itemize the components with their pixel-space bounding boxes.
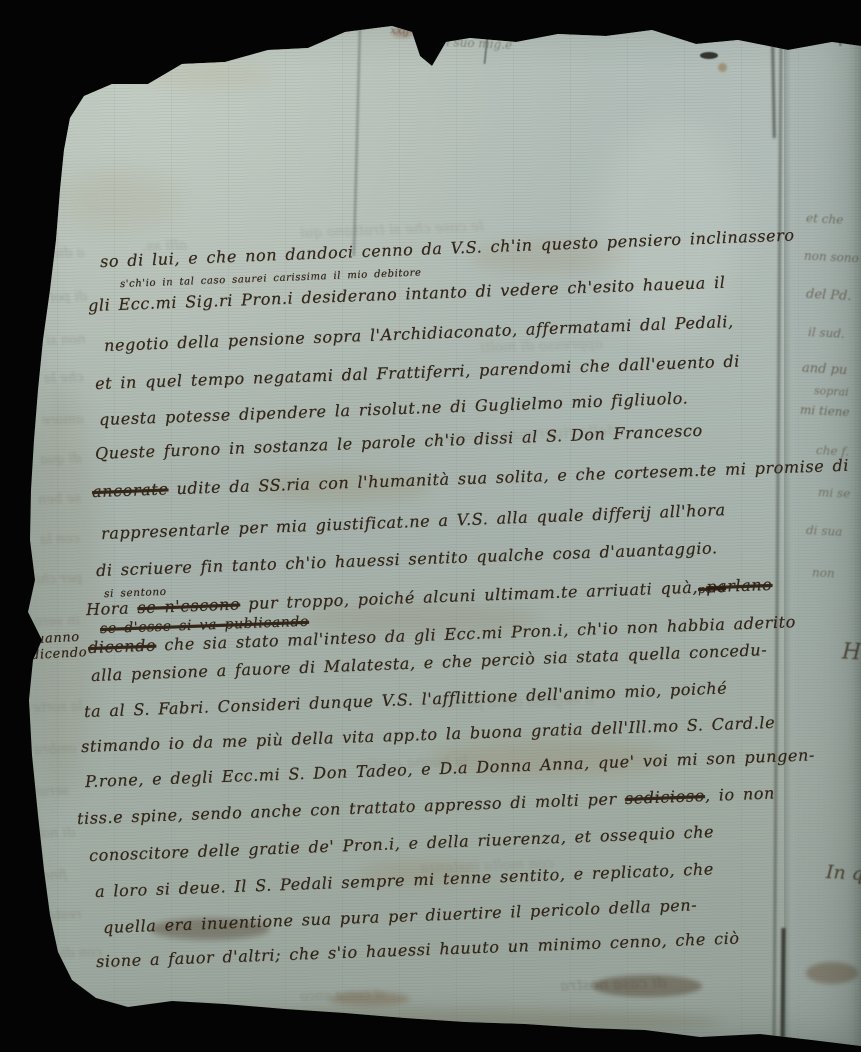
- showthrough-ghost-line: di noi: [38, 825, 75, 841]
- showthrough-ghost-line: in vero: [34, 613, 80, 630]
- faint-text-fragment: xxij: [390, 24, 410, 38]
- faint-text-fragment: di sua: [806, 523, 843, 539]
- struck-text: sedicioso: [625, 786, 706, 808]
- manuscript-line: uanno: [36, 630, 80, 647]
- showthrough-ghost-line: si come anco: [300, 987, 386, 1005]
- faint-text-fragment: del Pd.: [806, 287, 852, 304]
- scan-stage: le cose che si trattano quialli ss.a dio…: [0, 0, 861, 1052]
- text-run: uanno: [36, 630, 80, 647]
- struck-text: dicendo: [88, 636, 157, 657]
- showthrough-ghost-line: con la: [40, 531, 80, 547]
- struck-text: però: [698, 582, 726, 596]
- manuscript-line: però: [698, 582, 726, 596]
- faint-text-fragment: non: [812, 565, 835, 580]
- struck-text: se n'escono: [137, 594, 240, 617]
- showthrough-ghost-line: a dio: [52, 245, 85, 261]
- faint-text-fragment: non sono: [804, 249, 860, 266]
- showthrough-ghost-line: resta: [48, 907, 82, 923]
- manuscript-page: le cose che si trattano quialli ss.a dio…: [0, 0, 861, 1052]
- faint-text-fragment: and pu: [802, 361, 848, 378]
- showthrough-ghost-line: per chi: [36, 571, 83, 588]
- showthrough-ghost-line: fine: [42, 868, 67, 884]
- faint-text-fragment: mi tiene: [800, 403, 850, 420]
- showthrough-ghost-line: se ben: [38, 491, 81, 507]
- manuscript-line: dicendo: [31, 645, 88, 663]
- faint-text-fragment: soprai: [814, 384, 849, 399]
- faint-text-fragment: H: [841, 640, 861, 666]
- text-run: , io non: [704, 783, 775, 805]
- showthrough-ghost-line: non si: [46, 332, 86, 348]
- showthrough-ghost-line: di qua: [40, 451, 82, 467]
- text-run: dicendo: [31, 645, 88, 663]
- faint-text-fragment: In q: [825, 861, 861, 885]
- showthrough-ghost-line: amore: [42, 412, 84, 428]
- faint-text-fragment: et che: [806, 211, 844, 227]
- showthrough-ghost-line: la sorte: [33, 699, 83, 716]
- faint-text-fragment: il sud.: [808, 325, 846, 341]
- showthrough-ghost-line: serui: [36, 783, 70, 799]
- fold-crease: [837, 6, 842, 46]
- text-run: Hora: [86, 598, 138, 619]
- showthrough-ghost-line: che la: [44, 370, 84, 386]
- struck-text: ancorate: [92, 479, 169, 501]
- showthrough-ghost-line: ombra: [34, 741, 77, 757]
- faint-text-fragment: mi se: [818, 485, 851, 501]
- showthrough-ghost-line: di casa nostra: [560, 973, 667, 995]
- showthrough-ghost-line: di poi: [50, 289, 87, 305]
- faint-text-fragment: con suo mig.e: [428, 34, 513, 52]
